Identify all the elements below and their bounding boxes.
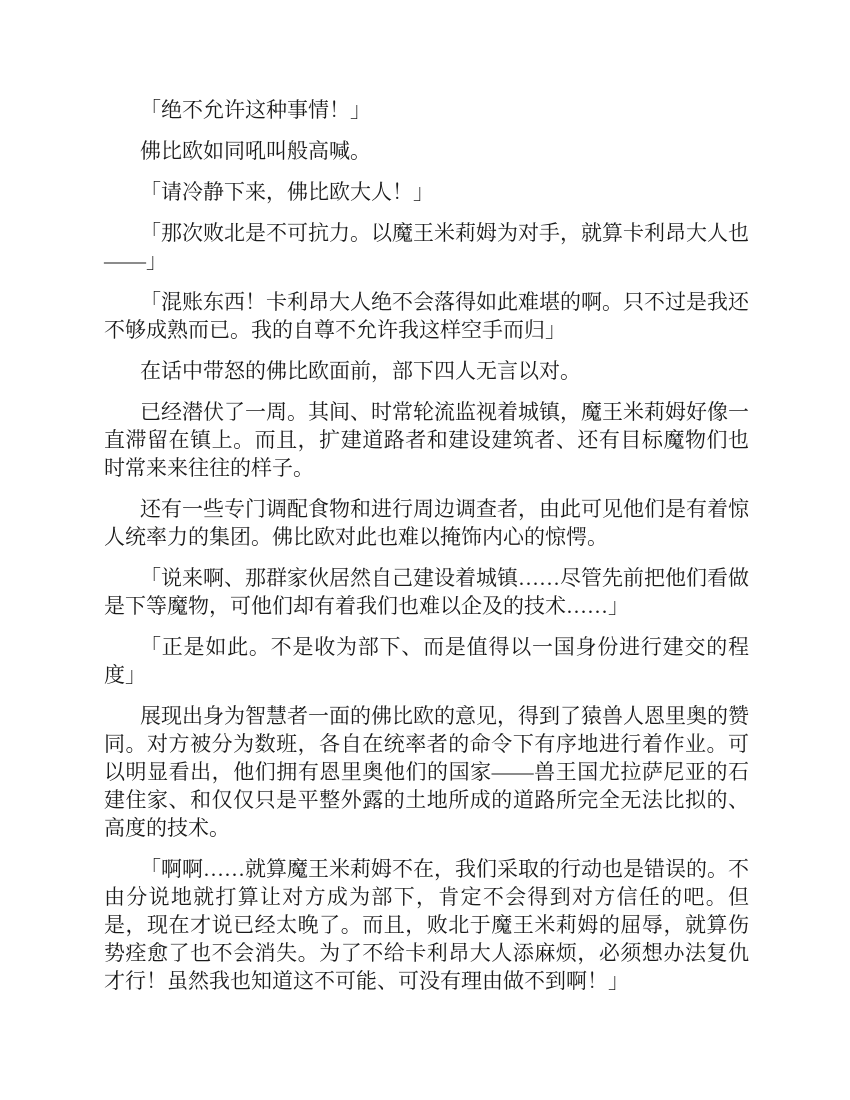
paragraph: 「绝不允许这种事情！」 — [104, 96, 749, 124]
paragraph: 「那次败北是不可抗力。以魔王米莉姆为对手，就算卡利昂大人也——」 — [104, 219, 749, 275]
paragraph: 「啊啊……就算魔王米莉姆不在，我们采取的行动也是错误的。不由分说地就打算让对方成… — [104, 855, 749, 995]
paragraph: 已经潜伏了一周。其间、时常轮流监视着城镇，魔王米莉姆好像一直滞留在镇上。而且，扩… — [104, 398, 749, 482]
paragraph: 在话中带怒的佛比欧面前，部下四人无言以对。 — [104, 357, 749, 385]
paragraph: 展现出身为智慧者一面的佛比欧的意见，得到了猿兽人恩里奥的赞同。对方被分为数班，各… — [104, 702, 749, 842]
paragraph: 佛比欧如同吼叫般高喊。 — [104, 137, 749, 165]
document-page: 「绝不允许这种事情！」 佛比欧如同吼叫般高喊。 「请冷静下来，佛比欧大人！」 「… — [0, 0, 850, 1100]
paragraph: 还有一些专门调配食物和进行周边调查者，由此可见他们是有着惊人统率力的集团。佛比欧… — [104, 495, 749, 551]
paragraph: 「混账东西！卡利昂大人绝不会落得如此难堪的啊。只不过是我还不够成熟而已。我的自尊… — [104, 288, 749, 344]
paragraph: 「说来啊、那群家伙居然自己建设着城镇……尽管先前把他们看做是下等魔物，可他们却有… — [104, 564, 749, 620]
paragraph: 「正是如此。不是收为部下、而是值得以一国身份进行建交的程度」 — [104, 633, 749, 689]
novel-text-body: 「绝不允许这种事情！」 佛比欧如同吼叫般高喊。 「请冷静下来，佛比欧大人！」 「… — [104, 96, 749, 995]
paragraph: 「请冷静下来，佛比欧大人！」 — [104, 178, 749, 206]
